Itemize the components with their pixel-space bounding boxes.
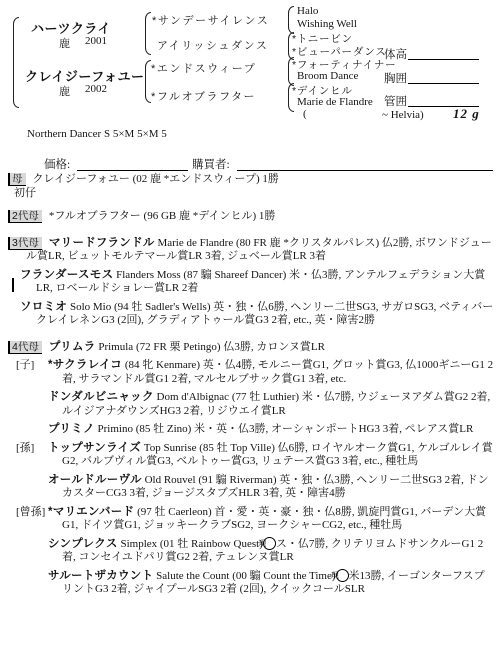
entry-old-rouvel: オールドルーヴル Old Rouvel (91 騸 Riverman) 英・独・…	[0, 471, 494, 501]
granddam3-latin: Marie de Flandre	[157, 237, 233, 249]
simplex-latin: Simplex	[120, 538, 157, 550]
gen4-brace-1	[288, 6, 294, 34]
granddam4-name: プリムラ	[49, 341, 96, 353]
sakura-name: *サクラレイコ	[48, 359, 122, 371]
dom-latin: Dom d'Albignac	[157, 391, 230, 403]
dam-color: 鹿	[59, 83, 70, 99]
sire-year: 2001	[85, 35, 107, 47]
entry-primino: プリミノ Primino (85 牡 Zino) 米・英・仏3勝, オーシャンポ…	[0, 420, 494, 437]
sire-sire-dam: Wishing Well	[297, 18, 357, 30]
active-flag-icon: 現	[336, 569, 349, 582]
dam-year: 2002	[85, 83, 107, 95]
entry-simplex: シンプレクス Simplex (01 牡 Rainbow Quest)現ス・仏7…	[0, 535, 494, 565]
dam-sire: *エンドスウィープ	[151, 60, 256, 76]
buyer-blank	[237, 156, 493, 171]
family-number: 12 g	[453, 106, 480, 122]
dam-entry: 母クレイジーフォユー (02 鹿 *エンドスウィープ) 1勝	[0, 173, 494, 187]
family-tail: ~ Helvia)	[382, 109, 424, 121]
inbreeding-note: Northern Dancer S 5×M 5×M 5	[27, 128, 167, 140]
chest-blank	[408, 70, 479, 84]
sire-parents-brace	[145, 12, 151, 55]
simplex-pre: (01 牡 Rainbow Quest)	[160, 538, 263, 550]
entry-sakura-reiko: [子]*サクラレイコ (84 牝 Kenmare) 英・仏4勝, モルニー賞G1…	[0, 356, 494, 386]
simplex-name: シンプレクス	[48, 538, 118, 550]
old-rouvel-name: オールドルーヴル	[48, 474, 142, 486]
cannon-blank	[408, 93, 479, 107]
family-open-paren: (	[303, 108, 307, 120]
primino-record: (85 牡 Zino) 米・英・仏3勝, オーシャンポートHG3 3着, ペレア…	[136, 423, 474, 435]
greatgrandchild-label: [曾孫]	[16, 506, 48, 520]
salute-name: サルートザカウント	[48, 570, 153, 582]
top-sunrise-name: トップサンライズ	[48, 442, 141, 454]
entry-flanders-moss: フランダースモス Flanders Moss (87 騸 Shareef Dan…	[0, 266, 494, 296]
outer-brace	[13, 17, 19, 108]
cannon-label: 管囲	[384, 93, 407, 109]
sakura-record: (84 牝 Kenmare) 英・仏4勝, モルニー賞G1, グロット賞G3, …	[62, 359, 493, 385]
granddam3-entry: 3代母マリードフランドル Marie de Flandre (80 FR 鹿 *…	[0, 234, 494, 264]
height-label: 体高	[384, 46, 407, 62]
height-blank	[408, 46, 479, 60]
granddam3-name: マリードフランドル	[49, 237, 155, 249]
entry-solo-mio: ソロミオ Solo Mio (94 牡 Sadler's Wells) 英・独・…	[0, 298, 494, 328]
entry-dom-dalbignac: ドンダルビニャック Dom d'Albignac (77 牡 Luthier) …	[0, 388, 494, 418]
dam-dam-dam: Marie de Flandre	[297, 96, 373, 108]
granddam3-tag: 3代母	[8, 237, 42, 250]
dam-sire-dam: Broom Dance	[297, 70, 358, 82]
child-label: [子]	[16, 359, 48, 373]
marienbard-name: *マリエンバード	[48, 506, 134, 518]
entry-salute-the-count: サルートザカウント Salute the Count (00 騸 Count t…	[0, 567, 494, 597]
granddam4-latin: Primula	[98, 341, 133, 353]
female-family-section: 母クレイジーフォユー (02 鹿 *エンドスウィープ) 1勝 初仔 2代母*フル…	[0, 173, 494, 597]
granddam2-entry: 2代母*フルオブラフター (96 GB 鹿 *デインヒル) 1勝	[0, 210, 494, 224]
dam-dam: *フルオブラフター	[151, 88, 256, 104]
price-label: 価格:	[44, 156, 70, 172]
sire-sire: *サンデーサイレンス	[152, 12, 269, 28]
entry-top-sunrise: [孫]トップサンライズ Top Sunrise (85 牡 Top Ville)…	[0, 439, 494, 469]
dam-text: クレイジーフォユー (02 鹿 *エンドスウィープ) 1勝	[33, 173, 279, 185]
granddam4-tag: 4代母	[8, 341, 42, 354]
granddam4-record: (72 FR 栗 Petingo) 仏3勝, カロンヌ賞LR	[136, 341, 325, 353]
first-foal-note: 初仔	[0, 187, 494, 201]
top-sunrise-latin: Top Sunrise	[144, 442, 197, 454]
price-blank	[77, 156, 188, 171]
salute-pre: (00 騸 Count the Time)	[232, 570, 335, 582]
dom-name: ドンダルビニャック	[48, 391, 154, 403]
primino-name: プリミノ	[48, 423, 95, 435]
flanders-latin: Flanders Moss	[116, 269, 180, 281]
granddam4-entry: 4代母プリムラ Primula (72 FR 栗 Petingo) 仏3勝, カ…	[0, 338, 494, 355]
old-rouvel-latin: Old Rouvel	[145, 474, 196, 486]
primino-latin: Primino	[98, 423, 133, 435]
sire-sire-sire: Halo	[297, 5, 318, 17]
solo-mio-name: ソロミオ	[20, 301, 67, 313]
flanders-name: フランダースモス	[20, 269, 113, 281]
sire-dam: アイリッシュダンス	[157, 37, 269, 53]
buyer-label: 購買者:	[192, 156, 230, 172]
grandchild-label: [孫]	[16, 442, 48, 456]
granddam2-tag: 2代母	[8, 210, 42, 223]
granddam2-text: *フルオブラフター (96 GB 鹿 *デインヒル) 1勝	[49, 210, 276, 222]
solo-mio-latin: Solo Mio	[70, 301, 111, 313]
salute-latin: Salute the Count	[156, 570, 229, 582]
chest-label: 胸囲	[384, 70, 407, 86]
dam-tag: 母	[8, 173, 26, 186]
sire-color: 鹿	[59, 35, 70, 51]
family-branch-line	[12, 278, 14, 292]
active-flag-icon: 現	[263, 537, 276, 550]
catalog-page: ハーツクライ 鹿 2001 クレイジーフォユー 鹿 2002 *サンデーサイレン…	[0, 0, 500, 647]
entry-marienbard: [曾孫]*マリエンバード (97 牡 Caerleon) 首・愛・英・豪・独・仏…	[0, 503, 494, 533]
